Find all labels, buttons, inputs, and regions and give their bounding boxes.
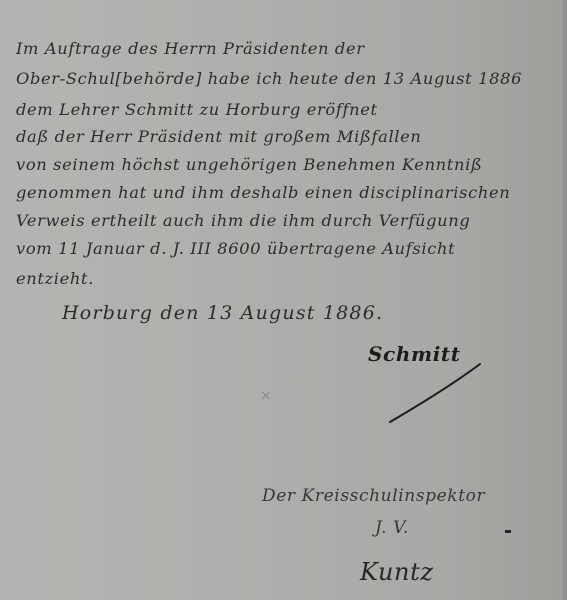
body-line-8: vom 11 Januar d. J. III 8600 übertragene… — [16, 240, 455, 258]
body-line-6: genommen hat und ihm deshalb einen disci… — [16, 184, 510, 202]
ink-dash — [505, 530, 511, 533]
body-line-7: Verweis ertheilt auch ihm die ihm durch … — [16, 212, 470, 230]
signature-flourish — [388, 360, 488, 430]
body-line-2: Ober-Schul[behörde] habe ich heute den 1… — [16, 70, 522, 88]
signatory-title: Der Kreisschulinspektor — [262, 486, 485, 506]
body-line-3: dem Lehrer Schmitt zu Horburg eröffnet — [16, 101, 378, 119]
place-date-line: Horburg den 13 August 1886. — [62, 302, 383, 324]
signatory-name: Kuntz — [360, 558, 434, 586]
document-page: Im Auftrage des Herrn Präsidenten der Ob… — [0, 0, 567, 600]
margin-cross-mark: × — [260, 388, 272, 404]
body-line-9: entzieht. — [16, 270, 94, 288]
page-edge — [563, 0, 567, 600]
signatory-initials: J. V. — [375, 518, 409, 538]
body-line-5: von seinem höchst ungehörigen Benehmen K… — [16, 156, 482, 174]
body-line-4: daß der Herr Präsident mit großem Mißfal… — [16, 128, 422, 146]
body-line-1: Im Auftrage des Herrn Präsidenten der — [16, 40, 365, 58]
